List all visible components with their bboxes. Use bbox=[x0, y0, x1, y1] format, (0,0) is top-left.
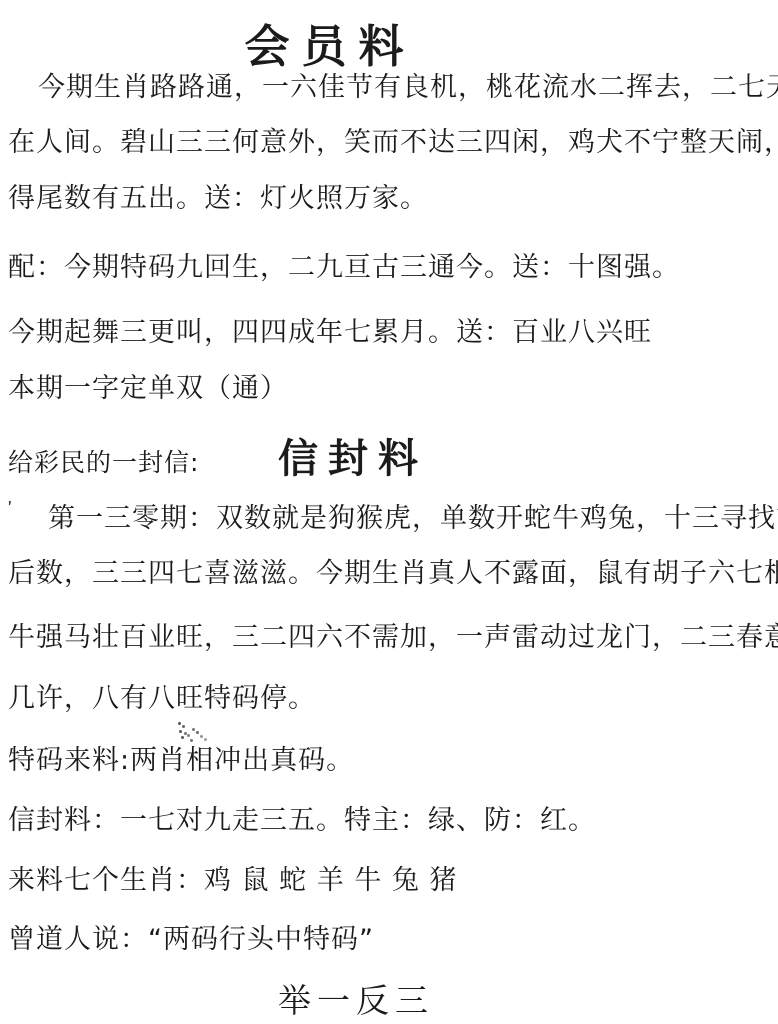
letter-intro-label: 给彩民的一封信: bbox=[8, 443, 199, 479]
danshuang-line: 本期一字定单双（通） bbox=[8, 374, 288, 404]
qiwu-line: 今期起舞三更叫，四四成年七累月。送：百业八兴旺 bbox=[8, 318, 652, 348]
footer-title: 举一反三 bbox=[278, 975, 434, 1022]
shengxiao-line: 来料七个生肖：鸡 鼠 蛇 羊 牛 兔 猪 bbox=[8, 866, 458, 896]
member-paragraph-line: 今期生肖路路通，一六佳节有良机，桃花流水二挥去，二七天地 bbox=[38, 73, 778, 103]
document-page: 会员料 今期生肖路路通，一六佳节有良机，桃花流水二挥去，二七天地 在人间。碧山三… bbox=[0, 0, 778, 1024]
page-title: 会员料 bbox=[0, 10, 660, 75]
tema-line: 特码来料:两肖相冲出真码。 bbox=[8, 746, 354, 776]
envelope-paragraph-line: 第一三零期：双数就是狗猴虎，单数开蛇牛鸡兔，十三寻找前 bbox=[48, 504, 778, 534]
zengdao-line: 曾道人说：“两码行头中特码” bbox=[8, 925, 374, 955]
xinfeng-line: 信封料：一七对九走三五。特主：绿、防：红。 bbox=[8, 806, 596, 836]
member-paragraph-line: 得尾数有五出。送：灯火照万家。 bbox=[8, 184, 428, 214]
stray-pen-mark: ’ bbox=[6, 498, 16, 520]
ink-smudge-decoration bbox=[178, 722, 181, 725]
pei-line: 配：今期特码九回生，二九亘古三通今。送：十图强。 bbox=[8, 253, 680, 283]
envelope-section-heading: 信封料 bbox=[278, 427, 428, 484]
member-paragraph-line: 在人间。碧山三三何意外，笑而不达三四闲，鸡犬不宁整天闹，求 bbox=[8, 128, 778, 158]
envelope-paragraph-line: 后数，三三四七喜滋滋。今期生肖真人不露面，鼠有胡子六七根， bbox=[8, 559, 778, 589]
envelope-paragraph-line: 几许，八有八旺特码停。 bbox=[8, 684, 316, 714]
envelope-paragraph-line: 牛强马壮百业旺，三二四六不需加，一声雷动过龙门，二三春意知 bbox=[8, 623, 778, 653]
